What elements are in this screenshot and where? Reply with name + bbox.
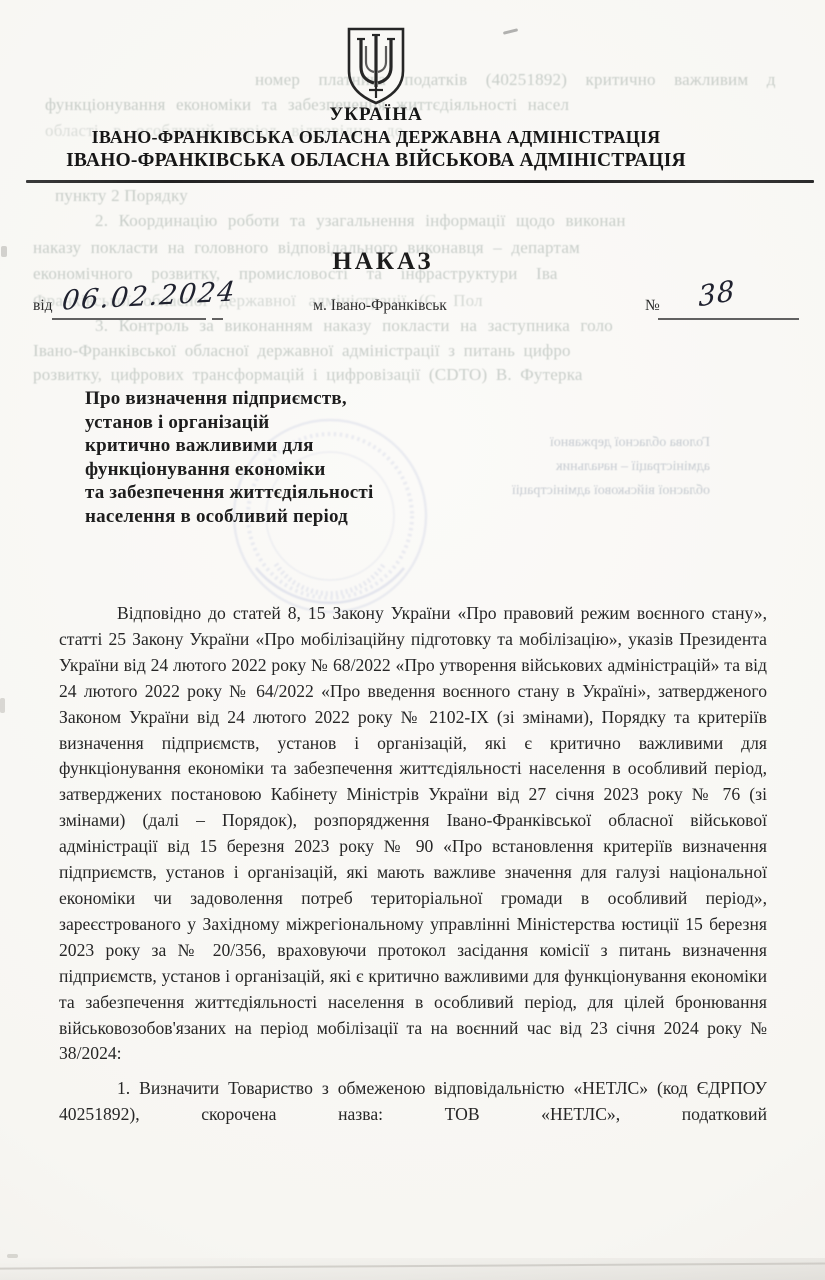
page-bottom-edge-shadow: [0, 1258, 825, 1280]
scanned-order-page: номер платника податків (40251892) крити…: [0, 0, 825, 1280]
bleedthrough-signature-line: адміністрації – начальник: [538, 455, 710, 479]
date-underline-dash: [212, 318, 223, 320]
header-country: УКРАЇНА: [0, 104, 752, 126]
scan-speck: [1, 246, 7, 257]
bleedthrough-line: пункту 2 Порядку: [55, 186, 188, 206]
header-org-line2: ІВАНО-ФРАНКІВСЬКА ОБЛАСНА ВІЙСЬКОВА АДМІ…: [0, 150, 752, 172]
bleedthrough-line: розвитку, цифрових трансформацій і цифро…: [33, 365, 583, 385]
scan-artifact-dash: [503, 28, 518, 35]
order-body: Відповідно до статей 8, 15 Закону Україн…: [59, 601, 767, 1128]
bleedthrough-line: номер платника податків (40251892) крити…: [255, 70, 776, 90]
order-title: НАКАЗ: [0, 248, 766, 276]
subject-line: та забезпечення життєдіяльності: [85, 481, 373, 505]
number-underline: [658, 318, 799, 320]
body-paragraph-1: Відповідно до статей 8, 15 Закону Україн…: [59, 601, 767, 1067]
bleedthrough-line: 2. Координацію роботи та узагальнення ін…: [95, 211, 626, 231]
subject-line: критично важливими для: [85, 434, 373, 458]
bleedthrough-line: Івано-Франківської обласної державної ад…: [33, 341, 571, 361]
subject-line: функціонування економіки: [85, 458, 373, 482]
bleedthrough-signature-mirrored: Голова обласної державної адміністрації …: [538, 431, 710, 503]
scan-speck: [0, 698, 5, 713]
body-paragraph-2: 1. Визначити Товариство з обмеженою відп…: [59, 1076, 767, 1128]
order-subject: Про визначення підприємств, установ і ор…: [85, 387, 373, 529]
bleedthrough-signature-line: Голова обласної державної: [538, 431, 710, 455]
header-org-line1: ІВАНО-ФРАНКІВСЬКА ОБЛАСНА ДЕРЖАВНА АДМІН…: [0, 127, 752, 148]
order-number-handwritten: 38: [698, 274, 736, 314]
header-rule: [26, 180, 814, 183]
subject-line: населення в особливий період: [85, 505, 373, 529]
tryzub-emblem: [344, 26, 408, 106]
date-underline: [52, 318, 206, 320]
subject-line: Про визначення підприємств,: [85, 387, 373, 411]
bleedthrough-signature-line: обласної військової адміністрації: [538, 479, 710, 503]
subject-line: установ і організацій: [85, 411, 373, 435]
order-number-label: №: [645, 297, 660, 315]
